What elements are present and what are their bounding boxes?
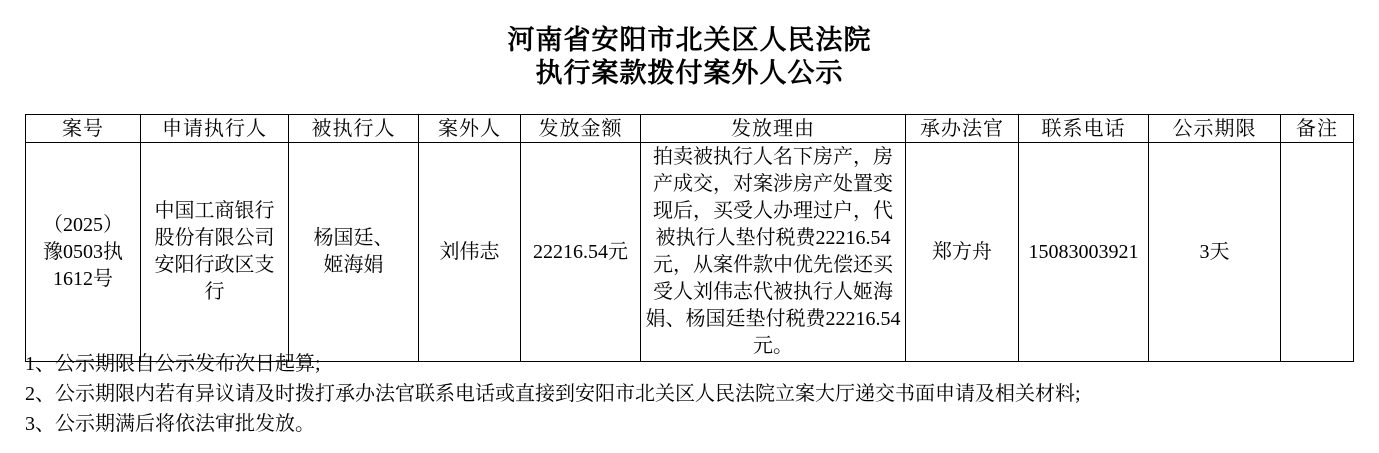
header-remarks: 备注 xyxy=(1281,115,1354,143)
header-executee: 被执行人 xyxy=(289,115,419,143)
cell-amount: 22216.54元 xyxy=(521,143,641,362)
header-amount: 发放金额 xyxy=(521,115,641,143)
cell-publicity-period: 3天 xyxy=(1149,143,1281,362)
header-outsider: 案外人 xyxy=(419,115,521,143)
cell-reason: 拍卖被执行人名下房产，房产成交，对案涉房产处置变现后，买受人办理过户，代被执行人… xyxy=(641,143,906,362)
cell-judge: 郑方舟 xyxy=(906,143,1019,362)
page-title-line1: 河南省安阳市北关区人民法院 xyxy=(0,24,1379,57)
page-title: 河南省安阳市北关区人民法院 执行案款拨付案外人公示 xyxy=(0,0,1379,90)
table-row: （2025） 豫0503执 1612号 中国工商银行股份有限公司安阳行政区支行 … xyxy=(26,143,1354,362)
cell-remarks xyxy=(1281,143,1354,362)
cell-case-number: （2025） 豫0503执 1612号 xyxy=(26,143,141,362)
cell-outsider: 刘伟志 xyxy=(419,143,521,362)
document-page: 河南省安阳市北关区人民法院 执行案款拨付案外人公示 案号 申请执行人 被执行人 … xyxy=(0,0,1379,453)
header-phone: 联系电话 xyxy=(1019,115,1149,143)
cell-phone: 15083003921 xyxy=(1019,143,1149,362)
note-1: 1、公示期限自公示发布次日起算; xyxy=(25,349,1365,379)
header-applicant: 申请执行人 xyxy=(141,115,289,143)
header-publicity-period: 公示期限 xyxy=(1149,115,1281,143)
footer-notes: 1、公示期限自公示发布次日起算; 2、公示期限内若有异议请及时拨打承办法官联系电… xyxy=(25,349,1365,439)
table-header-row: 案号 申请执行人 被执行人 案外人 发放金额 发放理由 承办法官 联系电话 公示… xyxy=(26,115,1354,143)
page-title-line2: 执行案款拨付案外人公示 xyxy=(0,57,1379,90)
header-reason: 发放理由 xyxy=(641,115,906,143)
cell-executee: 杨国廷、 姬海娟 xyxy=(289,143,419,362)
case-payment-table: 案号 申请执行人 被执行人 案外人 发放金额 发放理由 承办法官 联系电话 公示… xyxy=(25,114,1354,362)
cell-applicant: 中国工商银行股份有限公司安阳行政区支行 xyxy=(141,143,289,362)
note-3: 3、公示期满后将依法审批发放。 xyxy=(25,409,1365,439)
note-2: 2、公示期限内若有异议请及时拨打承办法官联系电话或直接到安阳市北关区人民法院立案… xyxy=(25,379,1365,409)
header-case-number: 案号 xyxy=(26,115,141,143)
header-judge: 承办法官 xyxy=(906,115,1019,143)
